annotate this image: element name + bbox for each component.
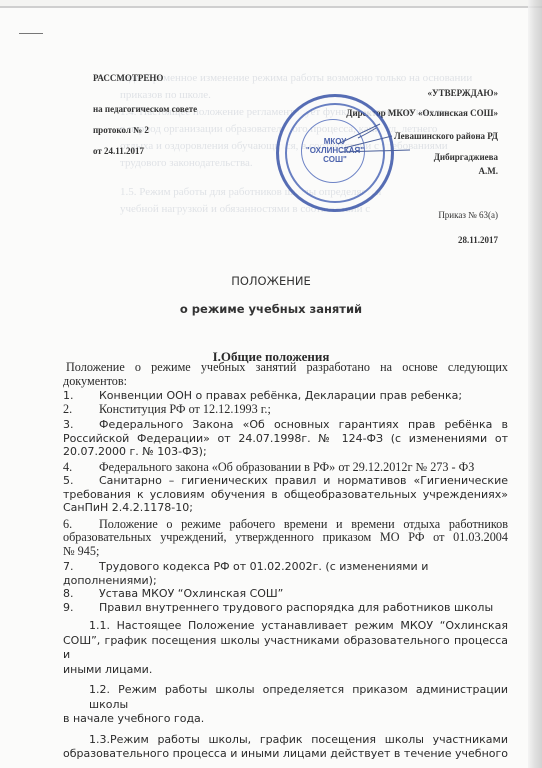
source-documents-list: 1.Конвенции ООН о правах ребёнка, Деклар… — [63, 389, 508, 614]
council-label: на педагогическом совете — [93, 104, 197, 114]
review-date: от 24.11.2017 — [93, 146, 144, 156]
protocol-number: протокол № 2 — [93, 125, 149, 135]
scan-edge-shadow — [528, 0, 542, 768]
reviewed-label: РАССМОТРЕНО — [93, 73, 163, 83]
list-item: 7.Трудового кодекса РФ от 01.02.2002г. (… — [63, 560, 508, 587]
list-item: 4.Федерального закона «Об образовании в … — [63, 461, 508, 475]
document-subtitle: о режиме учебных занятий — [0, 302, 542, 316]
list-item: 1.Конвенции ООН о правах ребёнка, Деклар… — [63, 389, 508, 403]
paragraph-1-3: 1.3.Режим работы школы, график посещения… — [63, 733, 508, 762]
paragraph-1-2: 1.2. Режим работы школы определяется при… — [63, 683, 508, 727]
approve-label: «УТВЕРЖДАЮ» — [427, 88, 498, 98]
order-number: Приказ № 63(а) — [438, 210, 498, 220]
document-title: ПОЛОЖЕНИЕ — [0, 274, 542, 288]
signature — [300, 108, 440, 178]
list-item: 6.Положение о режиме рабочего времени и … — [63, 518, 508, 559]
list-item: 9.Правил внутреннего трудового распорядк… — [63, 601, 508, 615]
document-page: года. Временное изменение режима работы … — [0, 6, 542, 768]
list-item: 8.Устава МКОУ “Охлинская СОШ” — [63, 587, 508, 601]
list-item: 2.Конституция РФ от 12.12.1993 г.; — [63, 403, 508, 417]
list-item: 5.Санитарно – гигиенических правил и нор… — [63, 474, 508, 515]
order-date: 28.11.2017 — [458, 235, 498, 245]
list-item: 3.Федерального Закона «Об основных гаран… — [63, 418, 508, 459]
director-initials: А.М. — [479, 166, 499, 176]
paragraph-1-1: 1.1. Настоящее Положение устанавливает р… — [63, 619, 508, 677]
scan-mark — [19, 33, 43, 34]
director-name: Дибиргаджиева — [434, 152, 498, 162]
general-provisions-paragraphs: 1.1. Настоящее Положение устанавливает р… — [63, 619, 508, 762]
intro-paragraph: Положение о режиме учебных занятий разра… — [66, 361, 508, 388]
